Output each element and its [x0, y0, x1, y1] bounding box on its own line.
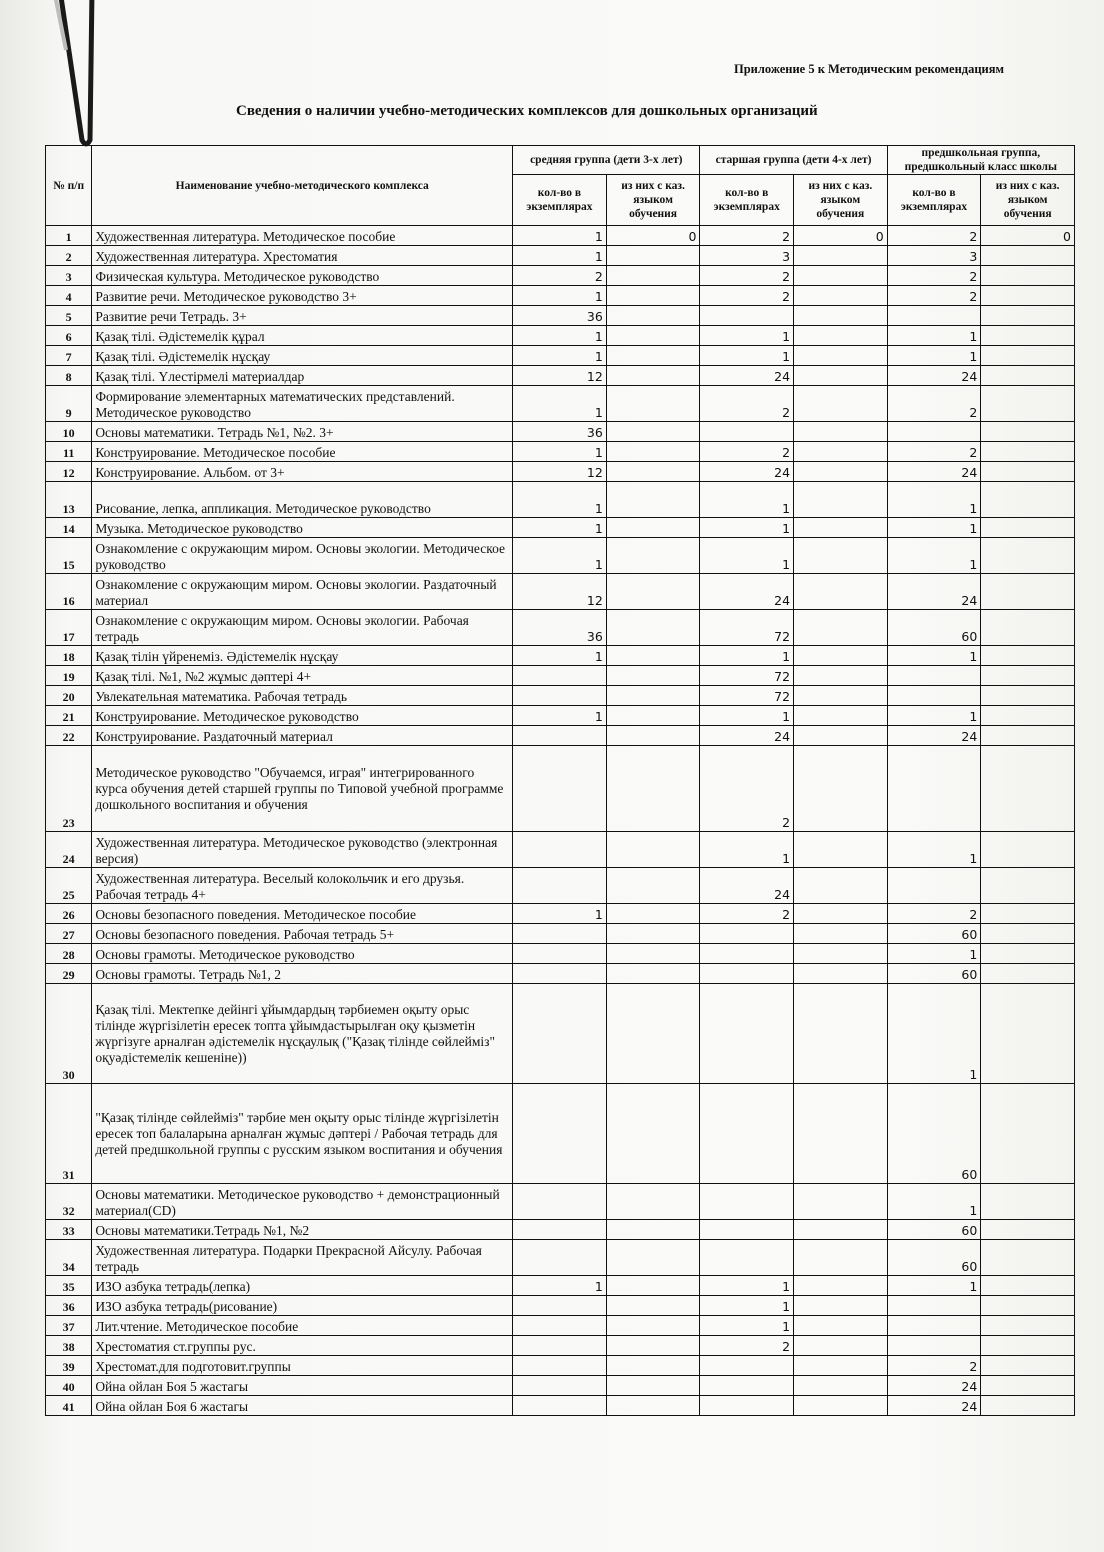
cell-middle-qty: 1	[513, 246, 607, 266]
cell-senior-qty	[700, 984, 794, 1084]
row-number: 10	[46, 422, 92, 442]
header-kaz: из них с каз. языком обучения	[981, 175, 1075, 226]
cell-middle-qty	[513, 1184, 607, 1220]
table-row: 39Хрестомат.для подготовит.группы2	[46, 1356, 1075, 1376]
complex-name: Физическая культура. Методическое руково…	[92, 266, 513, 286]
cell-senior-kaz	[794, 726, 888, 746]
cell-middle-qty: 1	[513, 482, 607, 518]
cell-preschool-qty: 2	[887, 386, 981, 422]
complex-name: Музыка. Методическое руководство	[92, 518, 513, 538]
cell-preschool-kaz	[981, 346, 1075, 366]
cell-middle-kaz	[606, 266, 700, 286]
cell-middle-kaz	[606, 832, 700, 868]
cell-middle-kaz	[606, 422, 700, 442]
cell-middle-kaz	[606, 386, 700, 422]
cell-middle-kaz	[606, 1184, 700, 1220]
cell-middle-qty: 36	[513, 306, 607, 326]
row-number: 23	[46, 746, 92, 832]
cell-senior-qty: 1	[700, 1276, 794, 1296]
cell-middle-qty: 1	[513, 706, 607, 726]
complex-name: Қазақ тілін үйренеміз. Әдістемелік нұсқа…	[92, 646, 513, 666]
header-kaz: из них с каз. языком обучения	[606, 175, 700, 226]
table-row: 10Основы математики. Тетрадь №1, №2. 3+3…	[46, 422, 1075, 442]
cell-senior-kaz	[794, 286, 888, 306]
cell-preschool-qty: 24	[887, 366, 981, 386]
cell-senior-qty	[700, 944, 794, 964]
cell-senior-kaz	[794, 746, 888, 832]
cell-middle-kaz	[606, 646, 700, 666]
cell-senior-kaz	[794, 1276, 888, 1296]
cell-preschool-qty: 3	[887, 246, 981, 266]
cell-senior-kaz	[794, 1316, 888, 1336]
cell-preschool-kaz	[981, 482, 1075, 518]
cell-middle-qty	[513, 1240, 607, 1276]
cell-senior-qty: 2	[700, 386, 794, 422]
row-number: 15	[46, 538, 92, 574]
cell-middle-qty	[513, 1336, 607, 1356]
row-number: 13	[46, 482, 92, 518]
cell-senior-qty: 72	[700, 666, 794, 686]
cell-preschool-qty: 24	[887, 1396, 981, 1416]
cell-senior-kaz	[794, 462, 888, 482]
cell-middle-qty: 12	[513, 462, 607, 482]
cell-senior-qty: 2	[700, 442, 794, 462]
cell-middle-kaz	[606, 746, 700, 832]
header-group-senior: старшая группа (дети 4-х лет)	[700, 146, 887, 175]
header-num: № п/п	[46, 146, 92, 226]
cell-senior-kaz	[794, 246, 888, 266]
cell-preschool-qty	[887, 686, 981, 706]
cell-preschool-kaz	[981, 1240, 1075, 1276]
document-title: Сведения о наличии учебно-методических к…	[236, 103, 818, 120]
table-row: 9Формирование элементарных математически…	[46, 386, 1075, 422]
row-number: 36	[46, 1296, 92, 1316]
cell-senior-qty: 24	[700, 868, 794, 904]
cell-senior-qty: 1	[700, 1316, 794, 1336]
cell-preschool-qty: 1	[887, 984, 981, 1084]
table-row: 8Қазақ тілі. Үлестірмелі материалдар1224…	[46, 366, 1075, 386]
cell-preschool-qty: 1	[887, 706, 981, 726]
complex-name: Қазақ тілі. №1, №2 жұмыс дәптері 4+	[92, 666, 513, 686]
cell-preschool-kaz	[981, 1336, 1075, 1356]
cell-senior-qty	[700, 1376, 794, 1396]
row-number: 18	[46, 646, 92, 666]
cell-senior-qty: 1	[700, 1296, 794, 1316]
cell-preschool-kaz	[981, 306, 1075, 326]
table-row: 11Конструирование. Методическое пособие1…	[46, 442, 1075, 462]
complex-name: Хрестомат.для подготовит.группы	[92, 1356, 513, 1376]
cell-senior-qty: 1	[700, 706, 794, 726]
cell-senior-kaz	[794, 306, 888, 326]
cell-preschool-kaz	[981, 904, 1075, 924]
table-row: 20Увлекательная математика. Рабочая тетр…	[46, 686, 1075, 706]
cell-preschool-qty: 2	[887, 1356, 981, 1376]
cell-preschool-kaz	[981, 726, 1075, 746]
cell-middle-kaz	[606, 462, 700, 482]
cell-preschool-qty: 24	[887, 462, 981, 482]
cell-middle-kaz	[606, 984, 700, 1084]
cell-preschool-qty	[887, 1296, 981, 1316]
cell-preschool-qty: 2	[887, 226, 981, 246]
cell-senior-qty: 1	[700, 518, 794, 538]
cell-preschool-kaz	[981, 1084, 1075, 1184]
cell-preschool-kaz	[981, 442, 1075, 462]
cell-middle-qty: 1	[513, 646, 607, 666]
cell-preschool-qty: 1	[887, 1184, 981, 1220]
cell-senior-kaz	[794, 538, 888, 574]
row-number: 22	[46, 726, 92, 746]
cell-middle-kaz	[606, 1336, 700, 1356]
cell-middle-qty	[513, 944, 607, 964]
cell-middle-kaz	[606, 924, 700, 944]
table-row: 29Основы грамоты. Тетрадь №1, 260	[46, 964, 1075, 984]
cell-middle-qty	[513, 868, 607, 904]
cell-senior-kaz	[794, 832, 888, 868]
header-qty: кол-во в экземплярах	[513, 175, 607, 226]
cell-middle-qty: 1	[513, 904, 607, 924]
row-number: 3	[46, 266, 92, 286]
appendix-note: Приложение 5 к Методическим рекомендация…	[734, 62, 1004, 77]
cell-senior-kaz	[794, 1220, 888, 1240]
cell-senior-kaz	[794, 1396, 888, 1416]
cell-senior-kaz	[794, 518, 888, 538]
cell-senior-kaz	[794, 1336, 888, 1356]
cell-middle-qty: 1	[513, 286, 607, 306]
cell-middle-kaz	[606, 482, 700, 518]
cell-preschool-kaz	[981, 832, 1075, 868]
cell-middle-qty: 12	[513, 366, 607, 386]
cell-middle-kaz	[606, 1296, 700, 1316]
cell-preschool-kaz	[981, 924, 1075, 944]
cell-middle-kaz	[606, 904, 700, 924]
complex-name: Қазақ тілі. Үлестірмелі материалдар	[92, 366, 513, 386]
cell-preschool-kaz	[981, 1356, 1075, 1376]
cell-middle-qty	[513, 686, 607, 706]
cell-middle-qty: 36	[513, 610, 607, 646]
cell-middle-kaz	[606, 706, 700, 726]
header-qty: кол-во в экземплярах	[700, 175, 794, 226]
cell-senior-kaz	[794, 422, 888, 442]
cell-preschool-kaz	[981, 666, 1075, 686]
row-number: 25	[46, 868, 92, 904]
cell-middle-kaz	[606, 964, 700, 984]
cell-middle-kaz	[606, 1240, 700, 1276]
cell-preschool-qty: 24	[887, 574, 981, 610]
cell-preschool-kaz	[981, 538, 1075, 574]
complex-name: Ознакомление с окружающим миром. Основы …	[92, 610, 513, 646]
cell-senior-qty: 2	[700, 266, 794, 286]
cell-senior-kaz	[794, 574, 888, 610]
complex-name: Конструирование. Методическое пособие	[92, 442, 513, 462]
header-group-middle: средняя группа (дети 3-х лет)	[513, 146, 700, 175]
table-row: 6Қазақ тілі. Әдістемелік құрал111	[46, 326, 1075, 346]
complex-name: Формирование элементарных математических…	[92, 386, 513, 422]
cell-preschool-kaz	[981, 1396, 1075, 1416]
table-row: 16Ознакомление с окружающим миром. Основ…	[46, 574, 1075, 610]
cell-middle-kaz	[606, 1356, 700, 1376]
cell-senior-kaz	[794, 646, 888, 666]
header-group-preschool: предшкольная группа, предшкольный класс …	[887, 146, 1074, 175]
row-number: 17	[46, 610, 92, 646]
cell-preschool-qty: 60	[887, 964, 981, 984]
cell-middle-kaz	[606, 574, 700, 610]
cell-senior-qty	[700, 964, 794, 984]
row-number: 31	[46, 1084, 92, 1184]
table-row: 26Основы безопасного поведения. Методиче…	[46, 904, 1075, 924]
complex-name: Основы безопасного поведения. Рабочая те…	[92, 924, 513, 944]
table-row: 23Методическое руководство "Обучаемся, и…	[46, 746, 1075, 832]
cell-senior-kaz	[794, 346, 888, 366]
complex-name: Конструирование. Альбом. от 3+	[92, 462, 513, 482]
table-row: 33Основы математики.Тетрадь №1, №260	[46, 1220, 1075, 1240]
row-number: 1	[46, 226, 92, 246]
cell-senior-qty: 72	[700, 686, 794, 706]
cell-middle-kaz	[606, 246, 700, 266]
table-row: 17Ознакомление с окружающим миром. Основ…	[46, 610, 1075, 646]
cell-preschool-kaz	[981, 326, 1075, 346]
cell-senior-kaz	[794, 482, 888, 518]
cell-senior-kaz	[794, 610, 888, 646]
cell-senior-qty: 1	[700, 538, 794, 574]
complex-name: Основы математики. Тетрадь №1, №2. 3+	[92, 422, 513, 442]
cell-preschool-qty: 2	[887, 442, 981, 462]
cell-preschool-qty: 24	[887, 726, 981, 746]
table-row: 36ИЗО азбука тетрадь(рисование)1	[46, 1296, 1075, 1316]
row-number: 2	[46, 246, 92, 266]
cell-senior-kaz	[794, 984, 888, 1084]
cell-middle-qty	[513, 1296, 607, 1316]
table-row: 21Конструирование. Методическое руководс…	[46, 706, 1075, 726]
cell-senior-qty	[700, 1240, 794, 1276]
cell-preschool-kaz	[981, 1316, 1075, 1336]
table-row: 18Қазақ тілін үйренеміз. Әдістемелік нұс…	[46, 646, 1075, 666]
table-row: 27Основы безопасного поведения. Рабочая …	[46, 924, 1075, 944]
cell-preschool-qty: 24	[887, 1376, 981, 1396]
cell-senior-qty: 3	[700, 246, 794, 266]
header-qty: кол-во в экземплярах	[887, 175, 981, 226]
cell-preschool-kaz	[981, 1276, 1075, 1296]
row-number: 4	[46, 286, 92, 306]
complex-name: Рисование, лепка, аппликация. Методическ…	[92, 482, 513, 518]
cell-middle-qty	[513, 1084, 607, 1184]
cell-middle-kaz: 0	[606, 226, 700, 246]
cell-senior-qty	[700, 1396, 794, 1416]
cell-preschool-kaz	[981, 944, 1075, 964]
complex-name: Художественная литература. Хрестоматия	[92, 246, 513, 266]
cell-senior-kaz	[794, 1356, 888, 1376]
cell-senior-qty: 2	[700, 746, 794, 832]
complex-name: Увлекательная математика. Рабочая тетрад…	[92, 686, 513, 706]
cell-senior-qty: 24	[700, 726, 794, 746]
cell-senior-kaz	[794, 1376, 888, 1396]
cell-senior-qty: 1	[700, 646, 794, 666]
header-name: Наименование учебно-методического компле…	[92, 146, 513, 226]
row-number: 8	[46, 366, 92, 386]
row-number: 11	[46, 442, 92, 462]
complex-name: Қазақ тілі. Мектепке дейінгі ұйымдардың …	[92, 984, 513, 1084]
cell-middle-kaz	[606, 1276, 700, 1296]
cell-preschool-kaz	[981, 1296, 1075, 1316]
cell-middle-kaz	[606, 686, 700, 706]
table-row: 14Музыка. Методическое руководство111	[46, 518, 1075, 538]
table-row: 5Развитие речи Тетрадь. 3+36	[46, 306, 1075, 326]
cell-middle-qty	[513, 1220, 607, 1240]
cell-preschool-kaz	[981, 422, 1075, 442]
cell-middle-kaz	[606, 1396, 700, 1416]
cell-middle-kaz	[606, 1084, 700, 1184]
cell-middle-qty: 1	[513, 1276, 607, 1296]
cell-preschool-kaz	[981, 386, 1075, 422]
table-body: 1Художественная литература. Методическое…	[46, 226, 1075, 1416]
cell-preschool-qty: 1	[887, 518, 981, 538]
cell-preschool-qty: 1	[887, 646, 981, 666]
cell-senior-qty	[700, 924, 794, 944]
cell-preschool-qty: 60	[887, 1240, 981, 1276]
cell-senior-qty: 1	[700, 832, 794, 868]
row-number: 24	[46, 832, 92, 868]
row-number: 21	[46, 706, 92, 726]
cell-preschool-qty: 2	[887, 286, 981, 306]
cell-preschool-kaz	[981, 964, 1075, 984]
cell-middle-qty	[513, 1316, 607, 1336]
cell-middle-kaz	[606, 518, 700, 538]
cell-senior-kaz	[794, 1084, 888, 1184]
cell-senior-kaz	[794, 442, 888, 462]
cell-middle-kaz	[606, 726, 700, 746]
cell-preschool-qty: 1	[887, 482, 981, 518]
complex-name: Развитие речи. Методическое руководство …	[92, 286, 513, 306]
paper-clip-icon	[52, 0, 112, 150]
row-number: 14	[46, 518, 92, 538]
cell-middle-qty	[513, 924, 607, 944]
cell-preschool-qty	[887, 666, 981, 686]
cell-middle-kaz	[606, 1376, 700, 1396]
cell-preschool-qty: 1	[887, 346, 981, 366]
cell-preschool-qty: 1	[887, 832, 981, 868]
table-row: 19Қазақ тілі. №1, №2 жұмыс дәптері 4+72	[46, 666, 1075, 686]
row-number: 30	[46, 984, 92, 1084]
umk-table: № п/п Наименование учебно-методического …	[45, 145, 1075, 1416]
table-row: 32Основы математики. Методическое руково…	[46, 1184, 1075, 1220]
cell-preschool-kaz	[981, 646, 1075, 666]
row-number: 12	[46, 462, 92, 482]
cell-preschool-qty	[887, 306, 981, 326]
cell-senior-qty: 24	[700, 574, 794, 610]
row-number: 34	[46, 1240, 92, 1276]
cell-senior-kaz	[794, 1184, 888, 1220]
cell-preschool-kaz	[981, 1184, 1075, 1220]
cell-middle-kaz	[606, 1220, 700, 1240]
cell-senior-qty: 2	[700, 904, 794, 924]
cell-preschool-qty: 1	[887, 944, 981, 964]
cell-preschool-kaz	[981, 686, 1075, 706]
row-number: 16	[46, 574, 92, 610]
table-row: 38Хрестоматия ст.группы рус.2	[46, 1336, 1075, 1356]
cell-middle-kaz	[606, 666, 700, 686]
cell-senior-qty	[700, 422, 794, 442]
cell-senior-kaz	[794, 924, 888, 944]
cell-senior-kaz: 0	[794, 226, 888, 246]
complex-name: Основы грамоты. Тетрадь №1, 2	[92, 964, 513, 984]
header-kaz: из них с каз. языком обучения	[794, 175, 888, 226]
cell-preschool-kaz	[981, 518, 1075, 538]
cell-preschool-qty: 1	[887, 538, 981, 574]
complex-name: Хрестоматия ст.группы рус.	[92, 1336, 513, 1356]
cell-middle-qty	[513, 1356, 607, 1376]
row-number: 37	[46, 1316, 92, 1336]
table-row: 15Ознакомление с окружающим миром. Основ…	[46, 538, 1075, 574]
cell-preschool-kaz: 0	[981, 226, 1075, 246]
cell-middle-kaz	[606, 326, 700, 346]
complex-name: Основы математики.Тетрадь №1, №2	[92, 1220, 513, 1240]
complex-name: Конструирование. Методическое руководств…	[92, 706, 513, 726]
cell-preschool-kaz	[981, 706, 1075, 726]
complex-name: Конструирование. Раздаточный материал	[92, 726, 513, 746]
cell-senior-qty	[700, 1220, 794, 1240]
complex-name: Основы грамоты. Методическое руководство	[92, 944, 513, 964]
complex-name: Қазақ тілі. Әдістемелік құрал	[92, 326, 513, 346]
cell-senior-qty: 1	[700, 346, 794, 366]
cell-preschool-qty	[887, 1316, 981, 1336]
cell-middle-qty: 1	[513, 442, 607, 462]
cell-preschool-qty: 1	[887, 326, 981, 346]
table-row: 3Физическая культура. Методическое руков…	[46, 266, 1075, 286]
cell-middle-kaz	[606, 868, 700, 904]
table-row: 37Лит.чтение. Методическое пособие1	[46, 1316, 1075, 1336]
row-number: 35	[46, 1276, 92, 1296]
cell-senior-qty: 72	[700, 610, 794, 646]
cell-senior-qty	[700, 306, 794, 326]
cell-senior-kaz	[794, 686, 888, 706]
cell-preschool-kaz	[981, 574, 1075, 610]
cell-preschool-kaz	[981, 610, 1075, 646]
cell-senior-kaz	[794, 266, 888, 286]
complex-name: Ойна ойлан Боя 5 жастагы	[92, 1376, 513, 1396]
cell-preschool-kaz	[981, 366, 1075, 386]
cell-middle-qty: 1	[513, 538, 607, 574]
complex-name: Основы безопасного поведения. Методическ…	[92, 904, 513, 924]
cell-middle-qty	[513, 984, 607, 1084]
cell-middle-kaz	[606, 538, 700, 574]
table-row: 24Художественная литература. Методическо…	[46, 832, 1075, 868]
cell-middle-qty	[513, 666, 607, 686]
cell-preschool-qty: 60	[887, 924, 981, 944]
cell-preschool-qty	[887, 422, 981, 442]
cell-middle-kaz	[606, 442, 700, 462]
table-row: 2Художественная литература. Хрестоматия1…	[46, 246, 1075, 266]
cell-senior-qty	[700, 1084, 794, 1184]
cell-senior-kaz	[794, 706, 888, 726]
table-row: 4Развитие речи. Методическое руководство…	[46, 286, 1075, 306]
complex-name: Художественная литература. Методическое …	[92, 226, 513, 246]
cell-preschool-kaz	[981, 868, 1075, 904]
cell-senior-qty: 2	[700, 1336, 794, 1356]
cell-preschool-kaz	[981, 286, 1075, 306]
cell-middle-qty	[513, 726, 607, 746]
cell-preschool-qty: 60	[887, 610, 981, 646]
cell-middle-qty: 1	[513, 518, 607, 538]
complex-name: ИЗО азбука тетрадь(рисование)	[92, 1296, 513, 1316]
cell-senior-kaz	[794, 386, 888, 422]
cell-preschool-qty: 2	[887, 904, 981, 924]
row-number: 32	[46, 1184, 92, 1220]
row-number: 41	[46, 1396, 92, 1416]
cell-preschool-kaz	[981, 1220, 1075, 1240]
cell-middle-qty	[513, 964, 607, 984]
cell-middle-qty	[513, 746, 607, 832]
complex-name: ИЗО азбука тетрадь(лепка)	[92, 1276, 513, 1296]
cell-preschool-kaz	[981, 746, 1075, 832]
